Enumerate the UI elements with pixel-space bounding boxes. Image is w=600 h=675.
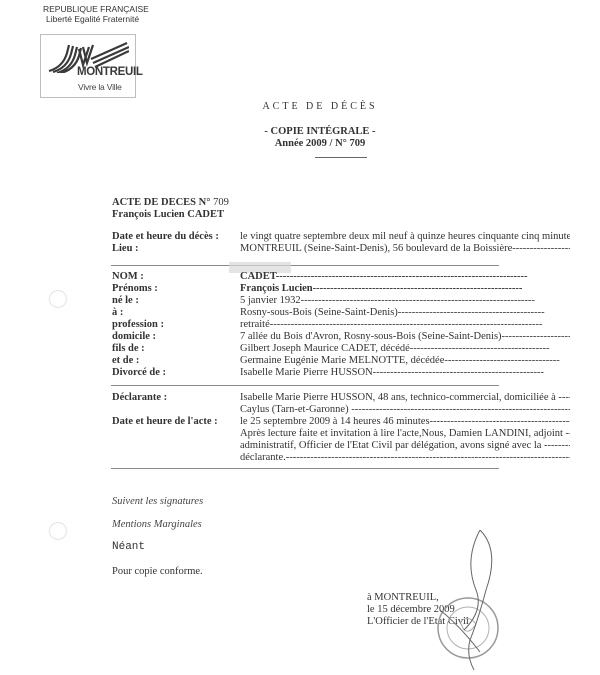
montreuil-logo: MONTREUIL Vivre la Ville: [40, 34, 136, 98]
identity-label: domicile :: [112, 331, 156, 343]
identity-value: Gilbert Joseph Maurice CADET, décédé----…: [240, 343, 570, 355]
logo-tagline: Vivre la Ville: [78, 82, 122, 92]
year-number: Année 2009 / N° 709: [0, 138, 600, 149]
identity-label: NOM :: [112, 271, 144, 283]
identity-label: et de :: [112, 355, 139, 367]
logo-name: MONTREUIL: [77, 66, 143, 78]
identity-value: Germaine Eugénie Marie MELNOTTE, décédée…: [240, 355, 570, 367]
acte-date-line-3: administratif, Officier de l'Etat Civil …: [240, 440, 570, 452]
death-place-value: MONTREUIL (Seine-Saint-Denis), 56 boulev…: [240, 243, 570, 255]
death-place-label: Lieu :: [112, 243, 139, 255]
punch-hole-bottom: [49, 522, 67, 540]
acte-date-label: Date et heure de l'acte :: [112, 416, 218, 428]
identity-value: 7 allée du Bois d'Avron, Rosny-sous-Bois…: [240, 331, 570, 343]
death-date-value: le vingt quatre septembre deux mil neuf …: [240, 231, 570, 243]
signatures-note: Suivent les signatures: [112, 496, 203, 507]
marginal-mentions: Mentions Marginales: [112, 519, 202, 530]
acte-date-line-1: le 25 septembre 2009 à 14 heures 46 minu…: [240, 416, 570, 428]
acte-date-line-2: Après lecture faite et invitation à lire…: [240, 428, 570, 440]
identity-label: à :: [112, 307, 123, 319]
republic-motto: Liberté Egalité Fraternité: [43, 14, 153, 24]
republic-header: REPUBLIQUE FRANÇAISE Liberté Egalité Fra…: [43, 4, 153, 24]
republic-name: REPUBLIQUE FRANÇAISE: [43, 4, 153, 14]
identity-label: Prénoms :: [112, 283, 158, 295]
deceased-full-name: François Lucien CADET: [112, 209, 224, 220]
identity-label: fils de :: [112, 343, 145, 355]
declarant-label: Déclarante :: [112, 392, 167, 404]
document-title: ACTE DE DÉCÈS: [0, 101, 600, 112]
copy-conform: Pour copie conforme.: [112, 566, 203, 577]
section-divider-1: [111, 265, 499, 266]
identity-value: CADET-----------------------------------…: [240, 271, 570, 283]
acte-label: ACTE DE DECES N°: [112, 197, 210, 208]
acte-number: 709: [213, 197, 229, 208]
identity-value: 5 janvier 1932--------------------------…: [240, 295, 570, 307]
identity-value: François Lucien-------------------------…: [240, 283, 570, 295]
declarant-line-1: Isabelle Marie Pierre HUSSON, 48 ans, te…: [240, 392, 570, 404]
identity-value: Isabelle Marie Pierre HUSSON------------…: [240, 367, 570, 379]
neant-text: Néant: [112, 541, 145, 553]
punch-hole-top: [49, 290, 67, 308]
acte-heading: ACTE DE DECES N° 709: [112, 197, 229, 208]
copy-type: - COPIE INTÉGRALE -: [0, 126, 600, 137]
section-divider-3: [111, 468, 499, 469]
identity-label: Divorcé de :: [112, 367, 166, 379]
identity-value: retraité--------------------------------…: [240, 319, 570, 331]
identity-value: Rosny-sous-Bois (Seine-Saint-Denis)-----…: [240, 307, 570, 319]
section-divider-2: [111, 385, 499, 386]
identity-label: né le :: [112, 295, 139, 307]
identity-label: profession :: [112, 319, 164, 331]
title-divider: [315, 157, 367, 158]
official-stamp-icon: [420, 530, 530, 675]
acte-date-line-4: déclarante.-----------------------------…: [240, 452, 570, 464]
death-date-label: Date et heure du décès :: [112, 231, 219, 243]
declarant-line-2: Caylus (Tarn-et-Garonne) ---------------…: [240, 404, 570, 416]
